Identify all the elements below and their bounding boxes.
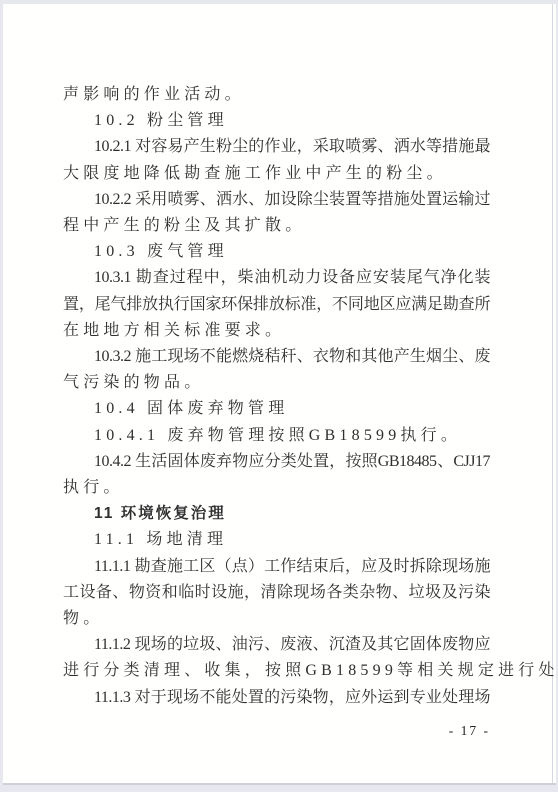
subsection-heading: 10.3 废气管理 <box>63 239 490 265</box>
paragraph-line: 10.4.2 生活固体废弃物应分类处置，按照GB18485、CJJ17 <box>63 449 490 475</box>
subsection-heading: 11.1 场地清理 <box>63 527 490 553</box>
paragraph-line: 10.2.1 对容易产生粉尘的作业，采取喷雾、洒水等措施最 <box>63 134 490 160</box>
paragraph-line: 11.1.2 现场的垃圾、油污、废液、沉渣及其它固体废物应 <box>63 632 490 658</box>
paragraph-line: 气污染的物品。 <box>63 370 490 396</box>
paragraph-line: 声影响的作业活动。 <box>63 82 490 108</box>
paragraph-line: 大限度地降低勘查施工作业中产生的粉尘。 <box>63 161 490 187</box>
paragraph-line: 置，尾气排放执行国家环保排放标准，不同地区应满足勘查所 <box>63 292 490 318</box>
paragraph-line: 11.1.3 对于现场不能处置的污染物，应外运到专业处理场 <box>63 685 490 711</box>
section-heading: 11 环境恢复治理 <box>63 501 490 527</box>
paragraph-line: 11.1.1 勘查施工区（点）工作结束后，应及时拆除现场施 <box>63 554 490 580</box>
paragraph-line: 10.2.2 采用喷雾、洒水、加设除尘装置等措施处置运输过 <box>63 187 490 213</box>
paragraph-line: 10.4.1 废弃物管理按照GB18599执行。 <box>63 423 490 449</box>
paragraph-line: 10.3.2 施工现场不能燃烧秸秆、衣物和其他产生烟尘、废 <box>63 344 490 370</box>
paragraph-line: 工设备、物资和临时设施，清除现场各类杂物、垃圾及污染 <box>63 580 490 606</box>
paragraph-line: 进行分类清理、收集，按照GB18599等相关规定进行处理。 <box>63 658 490 684</box>
paragraph-line: 在地地方相关标准要求。 <box>63 318 490 344</box>
document-page: 声影响的作业活动。 10.2 粉尘管理 10.2.1 对容易产生粉尘的作业，采取… <box>3 4 556 785</box>
subsection-heading: 10.4 固体废弃物管理 <box>63 396 490 422</box>
paragraph-line: 物。 <box>63 606 490 632</box>
paragraph-line: 执行。 <box>63 475 490 501</box>
document-text-block: 声影响的作业活动。 10.2 粉尘管理 10.2.1 对容易产生粉尘的作业，采取… <box>63 82 490 711</box>
paragraph-line: 程中产生的粉尘及其扩散。 <box>63 213 490 239</box>
page-number: - 17 - <box>63 723 494 739</box>
paragraph-line: 10.3.1 勘查过程中，柴油机动力设备应安装尾气净化装 <box>63 265 490 291</box>
viewer-canvas: 声影响的作业活动。 10.2 粉尘管理 10.2.1 对容易产生粉尘的作业，采取… <box>0 0 558 792</box>
subsection-heading: 10.2 粉尘管理 <box>63 108 490 134</box>
